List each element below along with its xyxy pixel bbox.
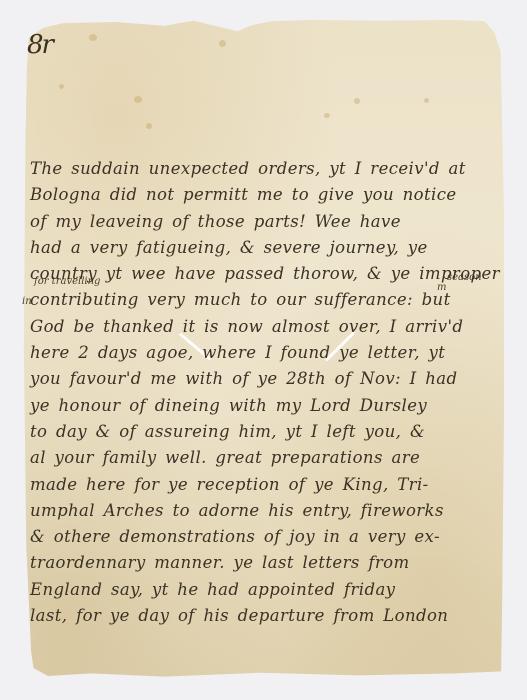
text-line: to day & of assureing him, yt I left you… (30, 419, 500, 445)
text-line: made here for ye reception of ye King, T… (30, 472, 500, 498)
foxing-stain (134, 96, 142, 103)
foxing-stain (89, 34, 97, 41)
letter-body: The suddain unexpected orders, yt I rece… (30, 156, 500, 629)
folio-number: 8r (27, 30, 52, 60)
text-line: you favour'd me with of ye 28th of Nov: … (30, 366, 500, 392)
foxing-stain (424, 98, 429, 103)
foxing-stain (324, 113, 330, 118)
foxing-stain (59, 84, 64, 89)
text-line: God be thanked it is now almost over, I … (30, 314, 500, 340)
foxing-stain (354, 98, 360, 104)
text-line: al your family well. great preparations … (30, 445, 500, 471)
text-line: traordennary manner. ye last letters fro… (30, 550, 500, 576)
text-line: England say, yt he had appointed friday (30, 577, 500, 603)
foxing-stain (219, 40, 226, 47)
text-line: Bologna did not permitt me to give you n… (30, 182, 500, 208)
foxing-stain (146, 123, 152, 129)
text-line: last, for ye day of his departure from L… (30, 603, 500, 629)
text-line: of my leaveing of those parts! Wee have (30, 209, 500, 235)
text-line: The suddain unexpected orders, yt I rece… (30, 156, 500, 182)
text-line: contributing very much to our sufferance… (30, 287, 500, 313)
text-line: & othere demonstrations of joy in a very… (30, 524, 500, 550)
text-line: umphal Arches to adorne his entry, firew… (30, 498, 500, 524)
text-line: ye honour of dineing with my Lord Dursle… (30, 393, 500, 419)
text-line: country yt wee have passed thorow, & ye … (30, 261, 500, 287)
text-line: here 2 days agoe, where I found ye lette… (30, 340, 500, 366)
text-line: had a very fatigueing, & severe journey,… (30, 235, 500, 261)
